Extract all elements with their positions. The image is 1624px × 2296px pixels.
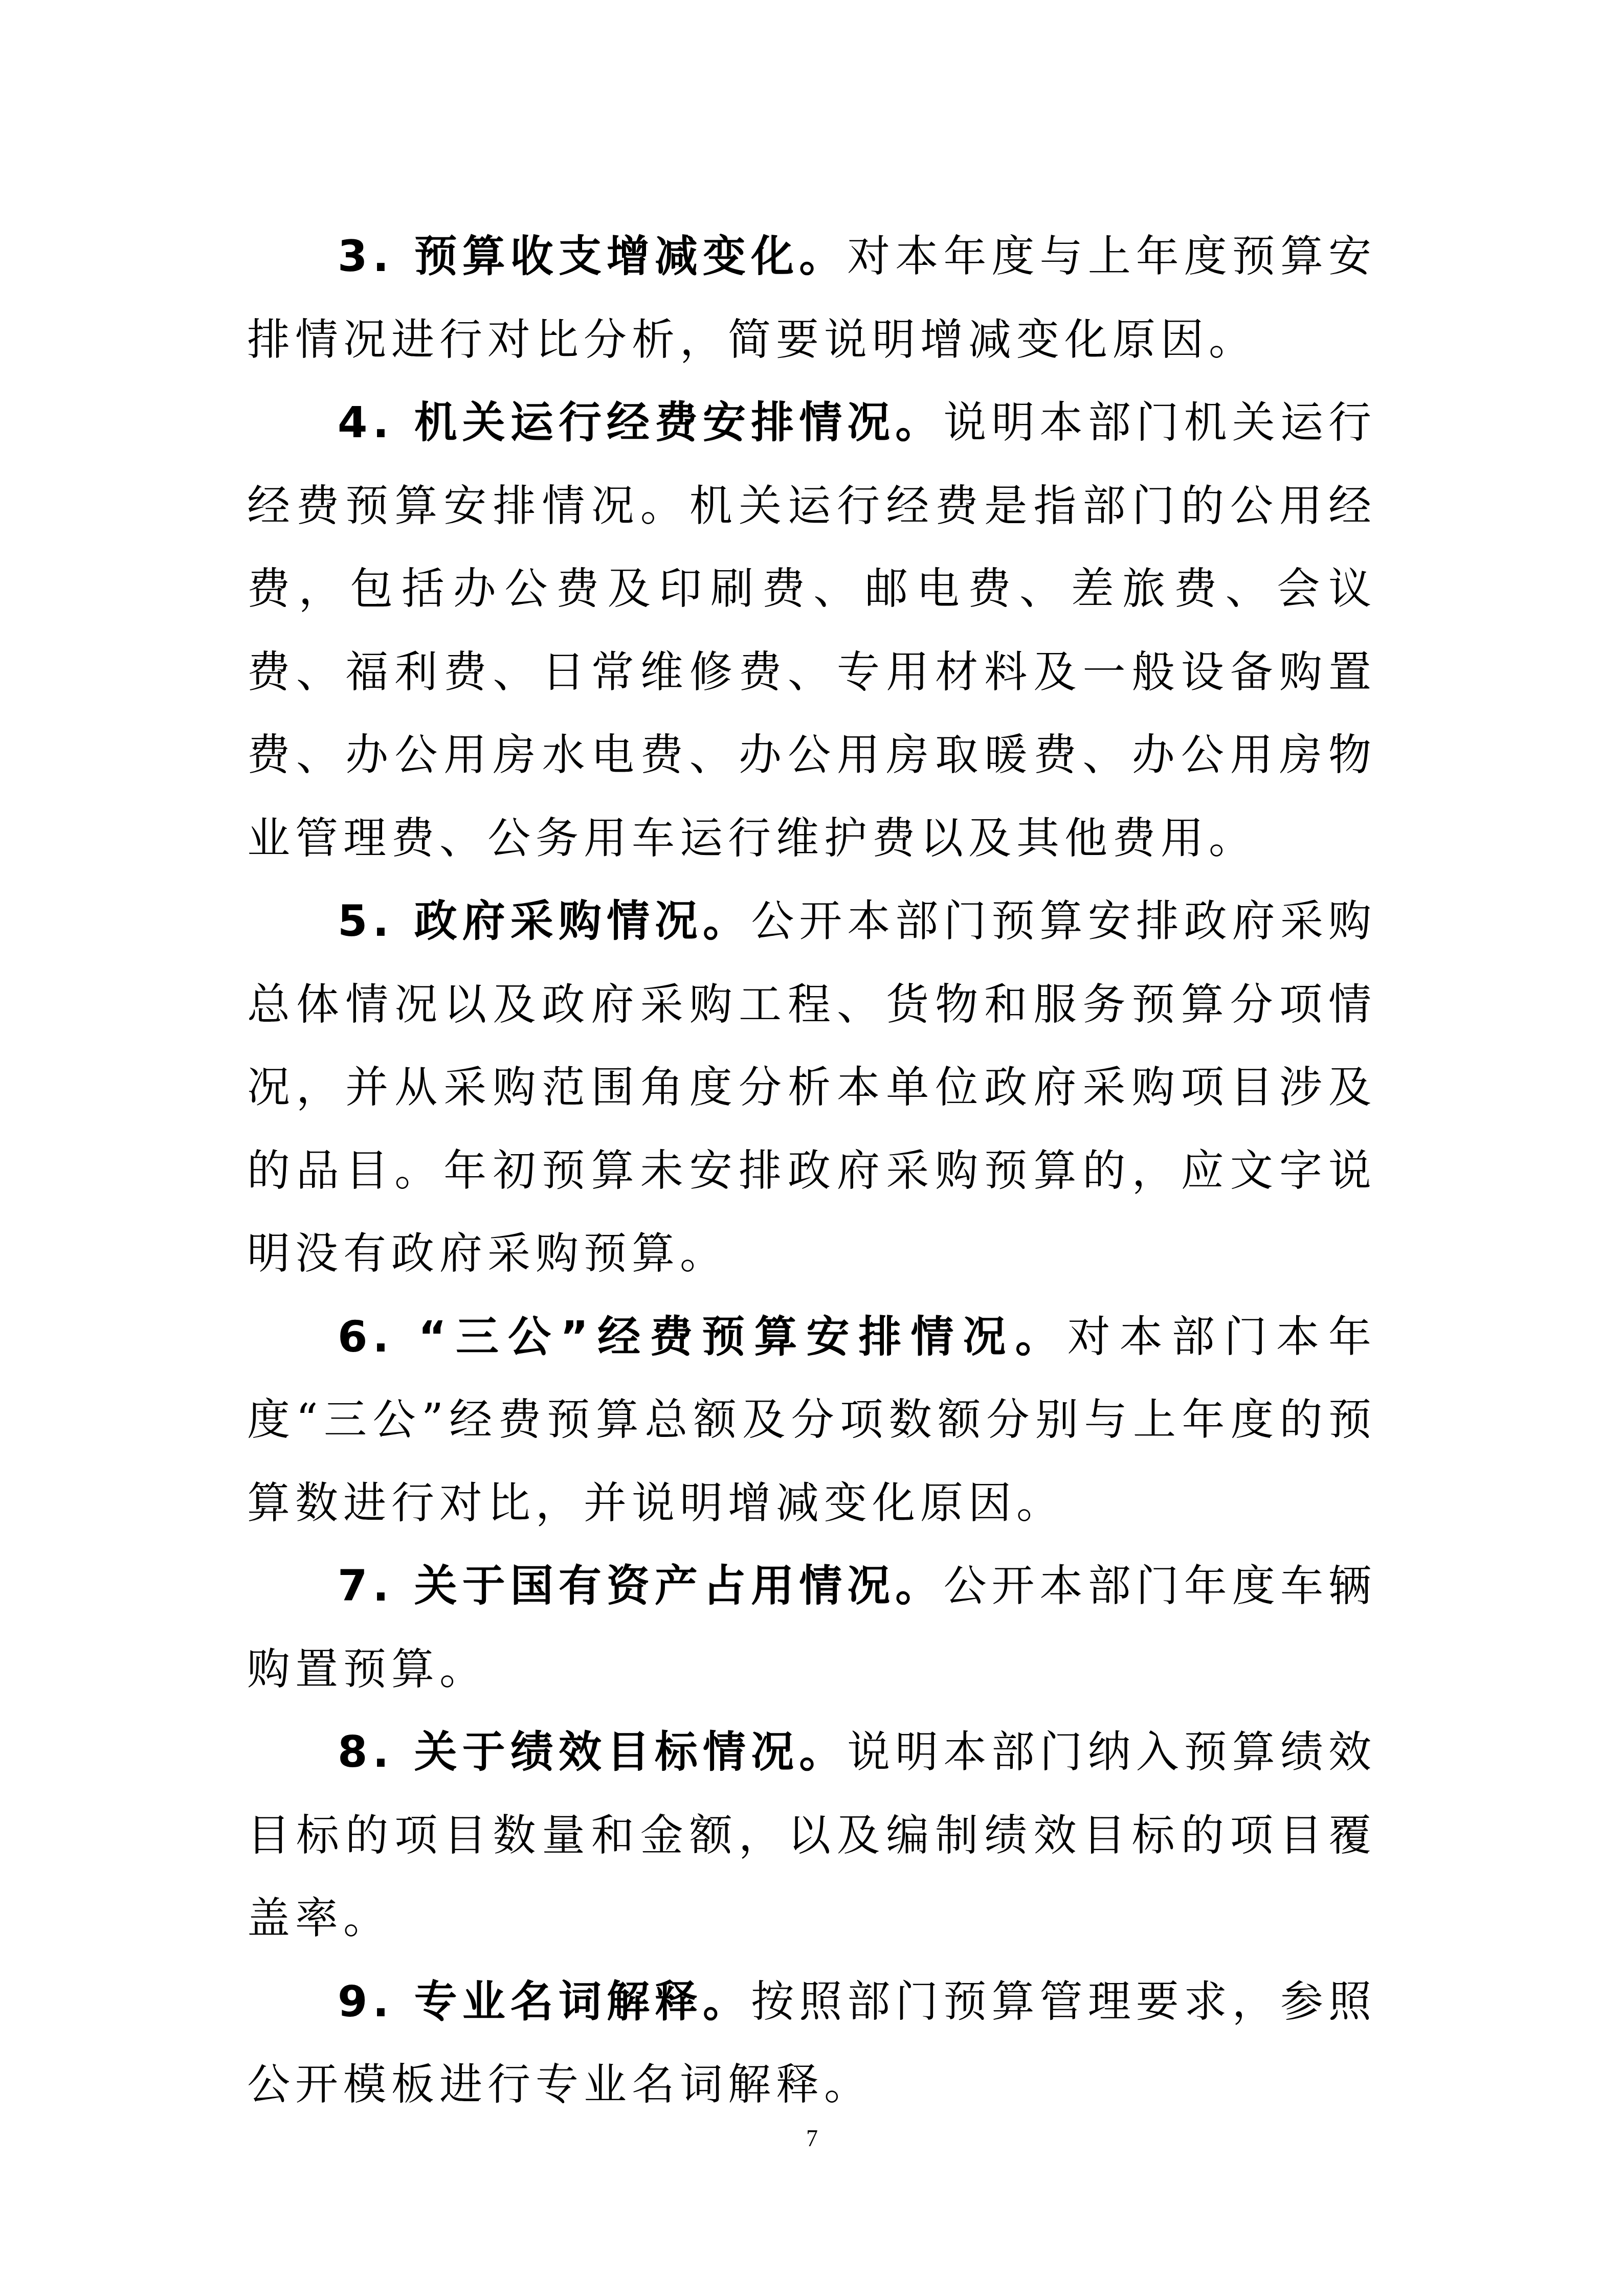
- document-body: 3. 预算收支增减变化。对本年度与上年度预算安排情况进行对比分析，简要说明增减变…: [247, 215, 1376, 2126]
- paragraph-heading: 4. 机关运行经费安排情况。: [338, 397, 943, 447]
- paragraph-heading: 7. 关于国有资产占用情况。: [338, 1561, 943, 1611]
- paragraph-state-assets: 7. 关于国有资产占用情况。公开本部门年度车辆购置预算。: [247, 1544, 1376, 1710]
- paragraph-heading: 8. 关于绩效目标情况。: [338, 1727, 847, 1777]
- paragraph-performance-targets: 8. 关于绩效目标情况。说明本部门纳入预算绩效目标的项目数量和金额，以及编制绩效…: [247, 1710, 1376, 1960]
- paragraph-text: 公开本部门预算安排政府采购总体情况以及政府采购工程、货物和服务预算分项情况，并从…: [247, 896, 1376, 1278]
- paragraph-heading: 9. 专业名词解释。: [338, 1976, 751, 2027]
- paragraph-heading: 6. “三公”经费预算安排情况。: [338, 1312, 1067, 1362]
- paragraph-operating-expenses: 4. 机关运行经费安排情况。说明本部门机关运行经费预算安排情况。机关运行经费是指…: [247, 381, 1376, 880]
- paragraph-heading: 3. 预算收支增减变化。: [338, 231, 847, 281]
- paragraph-heading: 5. 政府采购情况。: [338, 896, 751, 946]
- paragraph-budget-change: 3. 预算收支增减变化。对本年度与上年度预算安排情况进行对比分析，简要说明增减变…: [247, 215, 1376, 381]
- page-number: 7: [0, 2125, 1624, 2152]
- paragraph-text: 说明本部门机关运行经费预算安排情况。机关运行经费是指部门的公用经费，包括办公费及…: [247, 397, 1376, 863]
- paragraph-three-public-expenses: 6. “三公”经费预算安排情况。对本部门本年度“三公”经费预算总额及分项数额分别…: [247, 1295, 1376, 1545]
- paragraph-glossary: 9. 专业名词解释。按照部门预算管理要求，参照公开模板进行专业名词解释。: [247, 1960, 1376, 2126]
- paragraph-government-procurement: 5. 政府采购情况。公开本部门预算安排政府采购总体情况以及政府采购工程、货物和服…: [247, 880, 1376, 1295]
